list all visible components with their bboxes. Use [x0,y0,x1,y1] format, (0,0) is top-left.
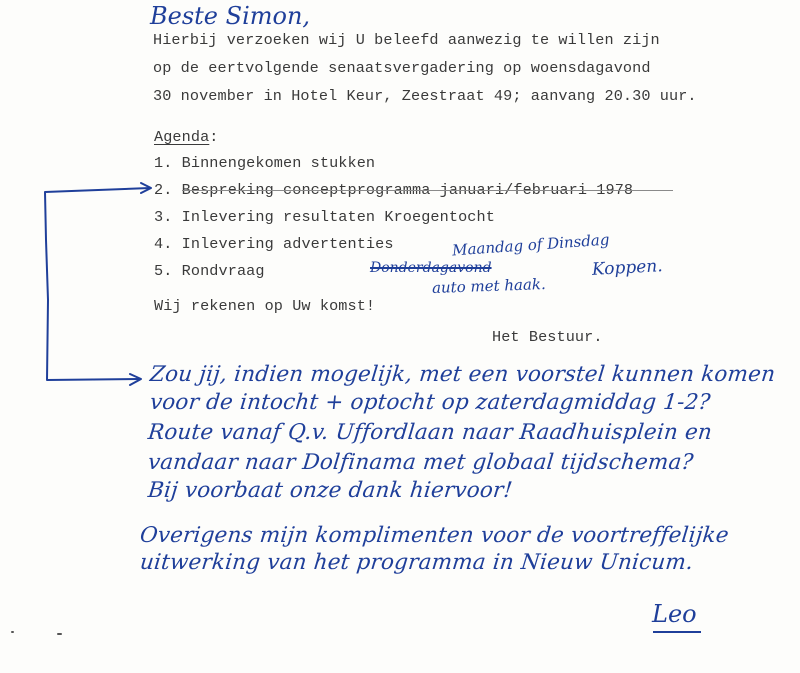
margin-note-line-3: auto met haak. [432,275,546,297]
agenda-item-1: 1. Binnengekomen stukken [154,154,375,172]
agenda-item-number: 1. [154,154,172,172]
intro-line-1: Hierbij verzoeken wij U beleefd aanwezig… [153,31,660,49]
sender: Het Bestuur. [492,328,603,346]
message-line-3: Route vanaf Q.v. Uffordlaan naar Raadhui… [147,420,714,445]
intro-line-2: op de eertvolgende senaatsvergadering op… [153,59,651,77]
paper-speck [11,631,14,633]
agenda-item-number: 2. [154,181,172,199]
agenda-item-text: Inlevering advertenties [182,235,394,253]
agenda-heading: Agenda: [154,128,219,146]
message-line-2: voor de intocht + optocht op zaterdagmid… [149,390,712,415]
signature: Leo [652,600,697,628]
agenda-heading-text: Agenda [154,128,209,146]
signature-underline [653,631,701,633]
margin-note-line-1: Maandag of Dinsdag [452,231,610,260]
agenda-heading-colon: : [209,128,218,146]
agenda-item-text: Rondvraag [182,262,265,280]
margin-note-struck: Donderdagavond [370,260,492,276]
closing-line: Wij rekenen op Uw komst! [154,297,375,315]
compliment-line-2: uitwerking van het programma in Nieuw Un… [139,550,695,575]
message-line-4: vandaar naar Dolfinama met globaal tijds… [147,450,695,475]
agenda-item-text: Inlevering resultaten Kroegentocht [182,208,495,226]
message-line-1: Zou jij, indien mogelijk, met een voorst… [149,362,777,387]
letter-page: Beste Simon, Hierbij verzoeken wij U bel… [0,0,800,673]
compliment-line-1: Overigens mijn komplimenten voor de voor… [139,523,730,548]
salutation: Beste Simon, [150,2,310,30]
agenda-item-5: 5. Rondvraag [154,262,265,280]
agenda-item-number: 4. [154,235,172,253]
agenda-item-3: 3. Inlevering resultaten Kroegentocht [154,208,495,226]
message-line-5: Bij voorbaat onze dank hiervoor! [147,478,514,503]
intro-line-3: 30 november in Hotel Keur, Zeestraat 49;… [153,87,697,105]
agenda-item-number: 3. [154,208,172,226]
agenda-item-2: 2. Bespreking conceptprogramma januari/f… [154,181,633,199]
agenda-item-text: Bespreking conceptprogramma januari/febr… [182,181,634,199]
agenda-item-text: Binnengekomen stukken [182,154,376,172]
agenda-item-4: 4. Inlevering advertenties [154,235,394,253]
margin-note-line-2: Koppen. [592,256,664,280]
paper-speck [57,633,62,635]
agenda-item-number: 5. [154,262,172,280]
